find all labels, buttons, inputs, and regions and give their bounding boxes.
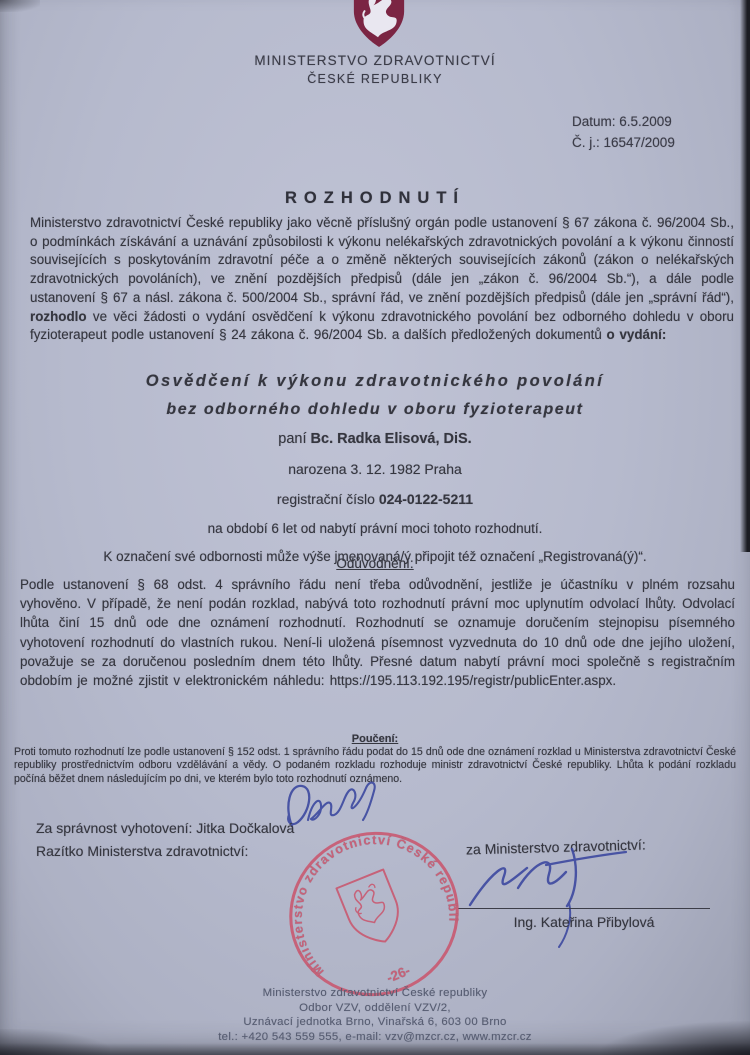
signatory-name: Ing. Kateřina Přibylová — [458, 914, 710, 930]
ministry-name-line2: ČESKÉ REPUBLIKY — [0, 72, 750, 86]
holder-prefix: paní — [278, 431, 310, 447]
certificate-block: Osvědčení k výkonu zdravotnického povolá… — [0, 366, 750, 564]
registration-line: registrační číslo 024-0122-5211 — [0, 491, 750, 507]
reference-number-line: Č. j.: 16547/2009 — [572, 132, 675, 153]
footer-line-2: Odbor VZV, oddělení VZV/2, — [0, 1001, 750, 1016]
photo-corner-bottom-right — [600, 1021, 750, 1055]
stamp-caption-line: Razítko Ministerstva zdravotnictví: — [36, 840, 294, 863]
decision-title: ROZHODNUTÍ — [0, 189, 750, 208]
photo-corner-bottom-left — [0, 1029, 110, 1055]
date-line: Datum: 6.5.2009 — [572, 111, 675, 132]
justification-paragraph: Podle ustanovení § 68 odst. 4 správního … — [20, 575, 735, 690]
intro-bold-vydani: o vydání: — [607, 327, 667, 342]
certificate-line-2: bez odborného dohledu v oboru fyzioterap… — [0, 401, 750, 419]
intro-bold-rozhodlo: rozhodlo — [30, 309, 87, 324]
photo-corner-top-left — [0, 0, 40, 12]
justification-heading: Odůvodnění: — [0, 556, 750, 571]
decision-document: MINISTERSTVO ZDRAVOTNICTVÍ ČESKÉ REPUBLI… — [0, 0, 750, 1055]
document-photo: MINISTERSTVO ZDRAVOTNICTVÍ ČESKÉ REPUBLI… — [0, 0, 750, 1055]
intro-paragraph: Ministerstvo zdravotnictví České republi… — [30, 214, 734, 345]
birth-line: narozena 3. 12. 1982 Praha — [0, 461, 750, 477]
stamp-coat-of-arms — [336, 870, 408, 951]
intro-text-1: Ministerstvo zdravotnictví České republi… — [30, 215, 734, 305]
registration-prefix: registrační číslo — [277, 491, 379, 507]
signoff-left-block: Za správnost vyhotovení: Jitka Dočkalová… — [36, 817, 294, 862]
advisory-heading: Poučení: — [0, 733, 750, 745]
document-meta: Datum: 6.5.2009 Č. j.: 16547/2009 — [572, 111, 675, 153]
prepared-by-line: Za správnost vyhotovení: Jitka Dočkalová — [36, 817, 294, 840]
signature-katerina-pribylova — [452, 843, 642, 951]
ministry-name-line1: MINISTERSTVO ZDRAVOTNICTVÍ — [0, 53, 750, 68]
certificate-line-1: Osvědčení k výkonu zdravotnického povolá… — [0, 372, 750, 391]
registry-url-text: https://195.113.192.195/registr/publicEn… — [330, 673, 616, 688]
justification-text: Podle ustanovení § 68 odst. 4 správního … — [20, 577, 735, 688]
holder-name: Bc. Radka Elisová, DiS. — [311, 431, 472, 447]
photo-edge-right — [740, 0, 750, 552]
stamp-number: -26- — [384, 963, 412, 986]
czech-lion-crest-icon — [350, 0, 408, 50]
signature-line — [458, 908, 710, 909]
footer-line-1: Ministerstvo zdravotnictví České republi… — [0, 986, 750, 1001]
validity-line: na období 6 let od nabytí právní moci to… — [0, 521, 750, 536]
ministry-name-block: MINISTERSTVO ZDRAVOTNICTVÍ ČESKÉ REPUBLI… — [0, 53, 750, 86]
registration-number: 024-0122-5211 — [379, 491, 473, 507]
holder-line: paní Bc. Radka Elisová, DiS. — [0, 431, 750, 447]
